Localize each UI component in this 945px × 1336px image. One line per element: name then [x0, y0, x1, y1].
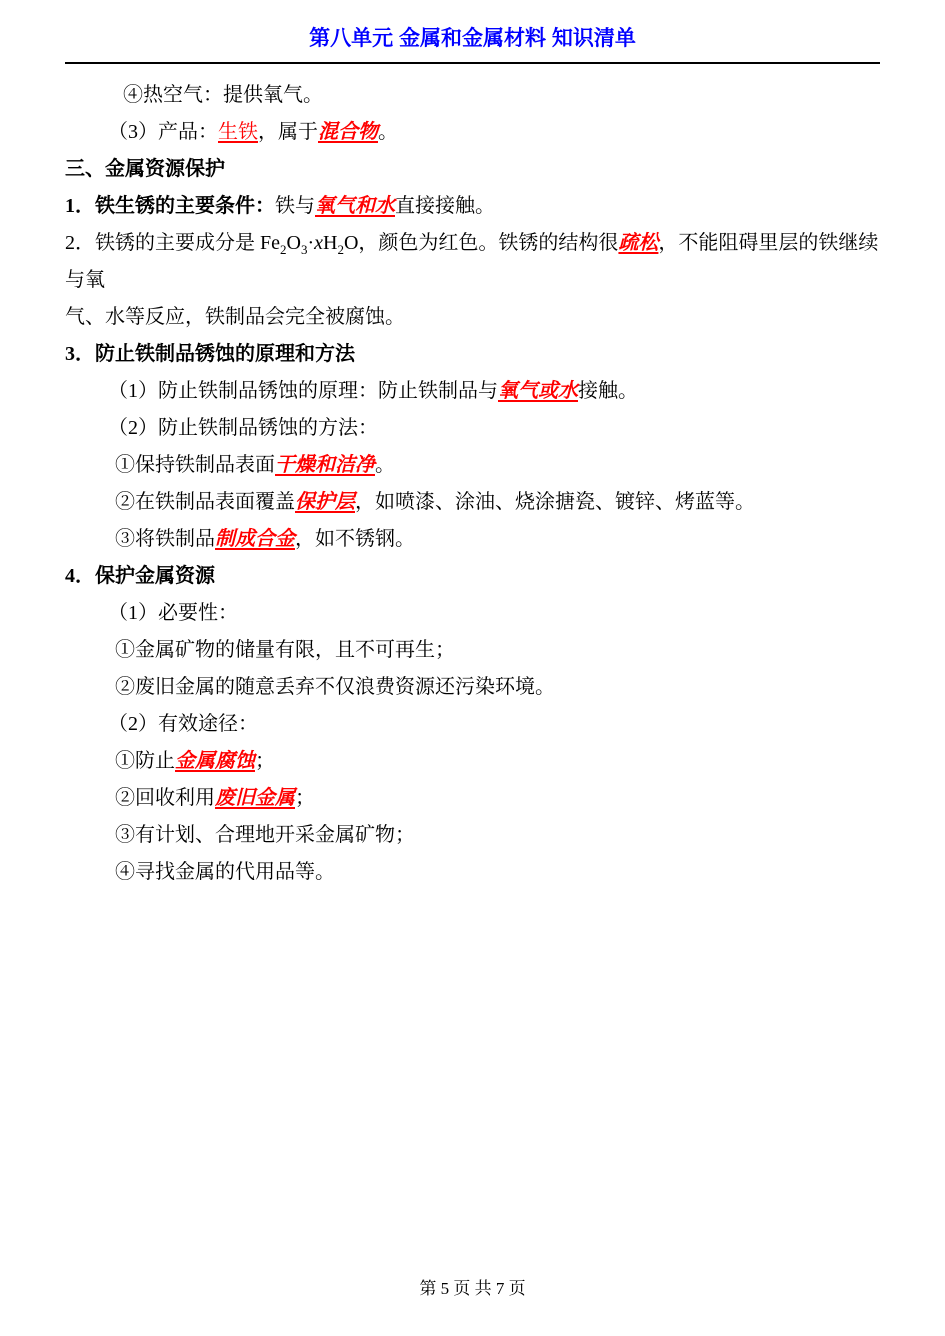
text-run: （3）产品：: [108, 121, 218, 143]
text-run: ③有计划、合理地开采金属矿物；: [115, 824, 415, 846]
document-page: 第八单元 金属和金属材料 知识清单 ④热空气：提供氧气。 （3）产品：生铁，属于…: [0, 0, 945, 1336]
text-run: ②在铁制品表面覆盖: [115, 491, 295, 513]
circled-item-keep-dry-clean: ①保持铁制品表面干燥和洁净。: [65, 447, 883, 484]
text-run: ②废旧金属的随意丢弃不仅浪费资源还污染环境。: [115, 676, 555, 698]
text-run: H: [323, 232, 337, 254]
heading-text: 3．防止铁制品锈蚀的原理和方法: [65, 343, 355, 365]
numbered-item-rust-conditions: 1．铁生锈的主要条件：铁与氧气和水直接接触。: [65, 188, 883, 225]
heading-text: 4．保护金属资源: [65, 565, 215, 587]
sub-item-product: （3）产品：生铁，属于混合物。: [65, 114, 883, 151]
emphasis-term: 氧气和水: [315, 195, 395, 217]
sub-item-anti-rust-principle: （1）防止铁制品锈蚀的原理：防止铁制品与氧气或水接触。: [65, 373, 883, 410]
page-title: 第八单元 金属和金属材料 知识清单: [0, 0, 945, 52]
emphasis-term: 氧气或水: [498, 380, 578, 402]
sub-item-necessity: （1）必要性：: [65, 595, 883, 632]
text-run: ②回收利用: [115, 787, 215, 809]
circled-item-waste-pollution: ②废旧金属的随意丢弃不仅浪费资源还污染环境。: [65, 669, 883, 706]
text-run: （2）有效途径：: [108, 713, 258, 735]
text-run: O，颜色为红色。铁锈的结构很: [344, 232, 618, 254]
text-run: 直接接触。: [395, 195, 495, 217]
emphasis-term: 混合物: [318, 121, 378, 143]
formula-variable: x: [314, 232, 323, 254]
heading-text: 三、金属资源保护: [65, 158, 225, 180]
text-run: ④热空气：提供氧气。: [123, 84, 323, 106]
emphasis-term: 干燥和洁净: [275, 454, 375, 476]
text-run: 2．铁锈的主要成分是 Fe: [65, 232, 280, 254]
numbered-heading-anti-rust: 3．防止铁制品锈蚀的原理和方法: [65, 336, 883, 373]
text-run: 。: [378, 121, 398, 143]
emphasis-term: 保护层: [295, 491, 355, 513]
text-run: ，如喷漆、涂油、烧涂搪瓷、镀锌、烤蓝等。: [355, 491, 755, 513]
text-run: （2）防止铁制品锈蚀的方法：: [108, 417, 378, 439]
emphasis-term: 废旧金属: [215, 787, 295, 809]
text-run: 气、水等反应，铁制品会完全被腐蚀。: [65, 306, 405, 328]
text-run: ，如不锈钢。: [295, 528, 415, 550]
circled-item-prevent-corrosion: ①防止金属腐蚀；: [65, 743, 883, 780]
text-run: ；: [295, 787, 315, 809]
circled-item-hot-air: ④热空气：提供氧气。: [65, 77, 883, 114]
sub-item-anti-rust-methods: （2）防止铁制品锈蚀的方法：: [65, 410, 883, 447]
text-run: ①金属矿物的储量有限，且不可再生；: [115, 639, 455, 661]
circled-item-planned-mining: ③有计划、合理地开采金属矿物；: [65, 817, 883, 854]
text-run: ③将铁制品: [115, 528, 215, 550]
text-run: 。: [375, 454, 395, 476]
text-run: 接触。: [578, 380, 638, 402]
emphasis-term: 疏松: [618, 232, 658, 254]
page-number: 第 5 页 共 7 页: [0, 1274, 945, 1299]
text-run: （1）防止铁制品锈蚀的原理：防止铁制品与: [108, 380, 498, 402]
emphasis-term: 金属腐蚀: [175, 750, 255, 772]
heading-text: 1．铁生锈的主要条件：: [65, 195, 275, 217]
circled-item-substitutes: ④寻找金属的代用品等。: [65, 854, 883, 891]
document-body: ④热空气：提供氧气。 （3）产品：生铁，属于混合物。 三、金属资源保护 1．铁生…: [65, 64, 883, 891]
text-run: ①保持铁制品表面: [115, 454, 275, 476]
circled-item-protective-layer: ②在铁制品表面覆盖保护层，如喷漆、涂油、烧涂搪瓷、镀锌、烤蓝等。: [65, 484, 883, 521]
emphasis-term: 制成合金: [215, 528, 295, 550]
numbered-item-rust-composition-continued: 气、水等反应，铁制品会完全被腐蚀。: [65, 299, 883, 336]
numbered-heading-protect-resources: 4．保护金属资源: [65, 558, 883, 595]
emphasis-term: 生铁: [218, 121, 258, 143]
circled-item-limited-reserves: ①金属矿物的储量有限，且不可再生；: [65, 632, 883, 669]
text-run: ；: [255, 750, 275, 772]
section-heading-metal-resource-protection: 三、金属资源保护: [65, 151, 883, 188]
circled-item-make-alloy: ③将铁制品制成合金，如不锈钢。: [65, 521, 883, 558]
sub-item-effective-ways: （2）有效途径：: [65, 706, 883, 743]
text-run: 铁与: [275, 195, 315, 217]
text-run: ①防止: [115, 750, 175, 772]
numbered-item-rust-composition: 2．铁锈的主要成分是 Fe2O3·xH2O，颜色为红色。铁锈的结构很疏松，不能阻…: [65, 225, 883, 299]
text-run: （1）必要性：: [108, 602, 238, 624]
text-run: ，属于: [258, 121, 318, 143]
circled-item-recycle-metal: ②回收利用废旧金属；: [65, 780, 883, 817]
text-run: O: [287, 232, 301, 254]
text-run: ④寻找金属的代用品等。: [115, 861, 335, 883]
